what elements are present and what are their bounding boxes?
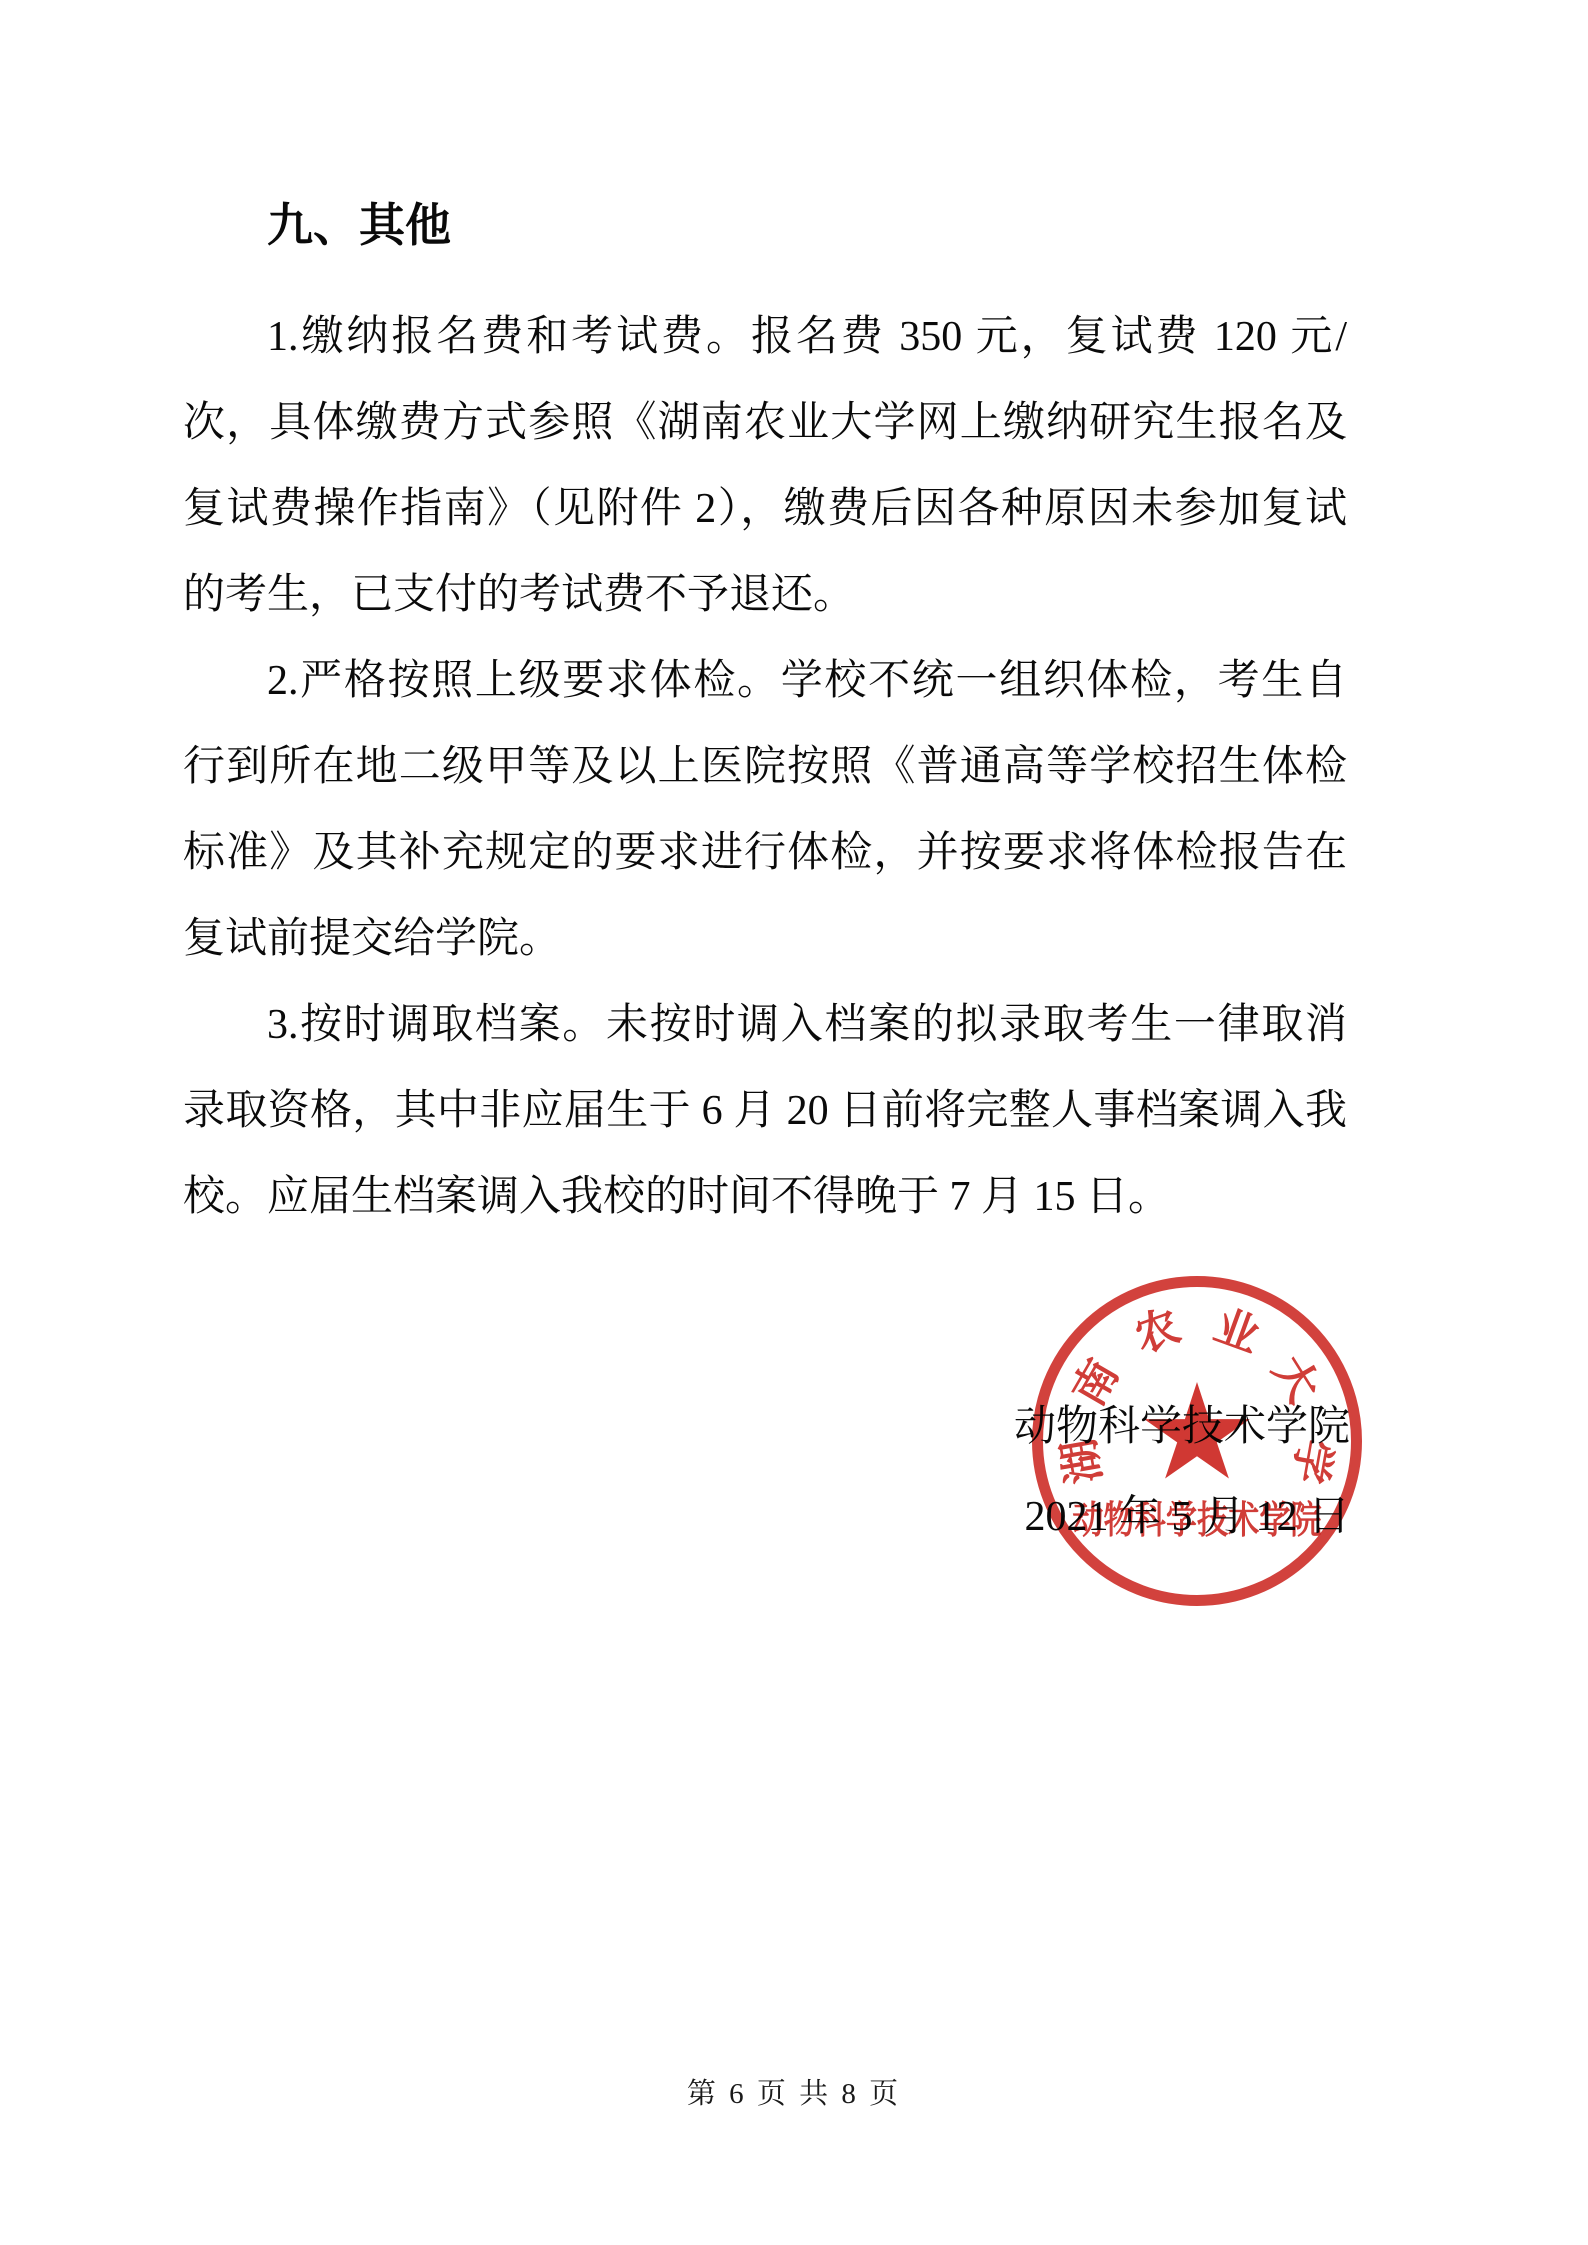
seal-bottom-text: 动物科学技术学院 <box>1072 1498 1321 1544</box>
section-heading: 九、其他 <box>183 196 1347 256</box>
document-body: 九、其他 1.缴纳报名费和考试费。报名费 350 元，复试费 120 元/次，具… <box>183 196 1347 1240</box>
body-paragraph-1: 1.缴纳报名费和考试费。报名费 350 元，复试费 120 元/次，具体缴费方式… <box>183 294 1347 638</box>
body-paragraph-3: 3.按时调取档案。未按时调入档案的拟录取考生一律取消录取资格，其中非应届生于 6… <box>183 982 1347 1240</box>
page-footer: 第 6 页 共 8 页 <box>0 2076 1588 2112</box>
official-seal: 湖 南 农 业 大 学 动物科学技术学院 <box>1032 1276 1362 1606</box>
seal-arc-char: 学 <box>1287 1433 1345 1491</box>
document-page: 九、其他 1.缴纳报名费和考试费。报名费 350 元，复试费 120 元/次，具… <box>0 0 1588 2245</box>
body-paragraph-2: 2.严格按照上级要求体检。学校不统一组织体检，考生自行到所在地二级甲等及以上医院… <box>183 638 1347 982</box>
seal-arc-char: 湖 <box>1049 1433 1107 1491</box>
